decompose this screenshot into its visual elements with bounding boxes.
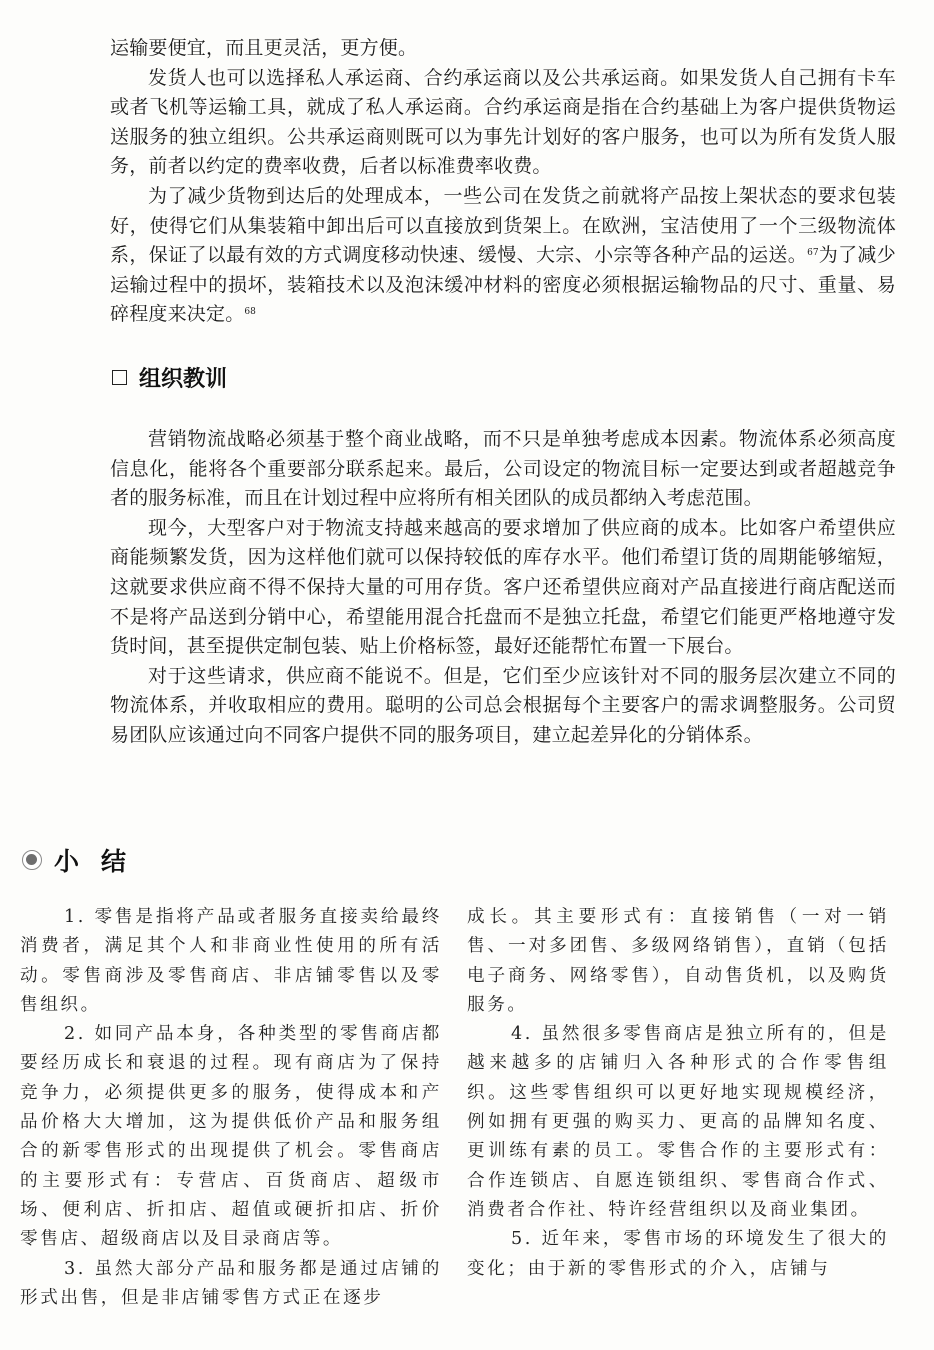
paragraph: 运输要便宜，而且更灵活，更方便。 [110,34,896,64]
summary-item: 1. 零售是指将产品或者服务直接卖给最终消费者，满足其个人和非商业性使用的所有活… [20,903,442,1020]
summary-item: 4. 虽然很多零售商店是独立所有的，但是越来越多的店铺归入各种形式的合作零售组织… [467,1020,889,1225]
section-body-text: 营销物流战略必须基于整个商业战略，而不只是单独考虑成本因素。物流体系必须高度信息… [110,425,896,751]
book-page: 运输要便宜，而且更灵活，更方便。 发货人也可以选择私人承运商、合约承运商以及公共… [0,0,934,1350]
summary-item: 成长。其主要形式有：直接销售（一对一销售、一对多团售、多级网络销售），直销（包括… [467,903,889,1020]
summary-heading: 小结 [22,842,148,878]
paragraph: 为了减少货物到达后的处理成本，一些公司在发货之前就将产品按上架状态的要求包装好，… [110,182,896,330]
summary-right-column: 成长。其主要形式有：直接销售（一对一销售、一对多团售、多级网络销售），直销（包括… [467,903,889,1284]
square-bullet-icon [112,370,127,385]
top-body-text: 运输要便宜，而且更灵活，更方便。 发货人也可以选择私人承运商、合约承运商以及公共… [110,34,896,330]
footnote-ref-68[interactable]: 68 [244,307,255,317]
circle-bullet-icon [22,850,42,870]
summary-item: 3. 虽然大部分产品和服务都是通过店铺的形式出售，但是非店铺零售方式正在逐步 [20,1255,442,1314]
section-heading: 组织教训 [112,362,227,393]
summary-item: 2. 如同产品本身，各种类型的零售商店都要经历成长和衰退的过程。现有商店为了保持… [20,1020,442,1254]
summary-heading-text: 小结 [54,842,148,878]
summary-item: 5. 近年来，零售市场的环境发生了很大的变化；由于新的零售形式的介入，店铺与 [467,1225,889,1284]
section-heading-text: 组织教训 [139,362,227,393]
paragraph: 对于这些请求，供应商不能说不。但是，它们至少应该针对不同的服务层次建立不同的物流… [110,662,896,751]
paragraph: 营销物流战略必须基于整个商业战略，而不只是单独考虑成本因素。物流体系必须高度信息… [110,425,896,514]
paragraph: 发货人也可以选择私人承运商、合约承运商以及公共承运商。如果发货人自己拥有卡车或者… [110,64,896,182]
summary-left-column: 1. 零售是指将产品或者服务直接卖给最终消费者，满足其个人和非商业性使用的所有活… [20,903,442,1313]
paragraph: 现今，大型客户对于物流支持越来越高的要求增加了供应商的成本。比如客户希望供应商能… [110,514,896,662]
footnote-ref-67[interactable]: 67 [807,248,818,258]
